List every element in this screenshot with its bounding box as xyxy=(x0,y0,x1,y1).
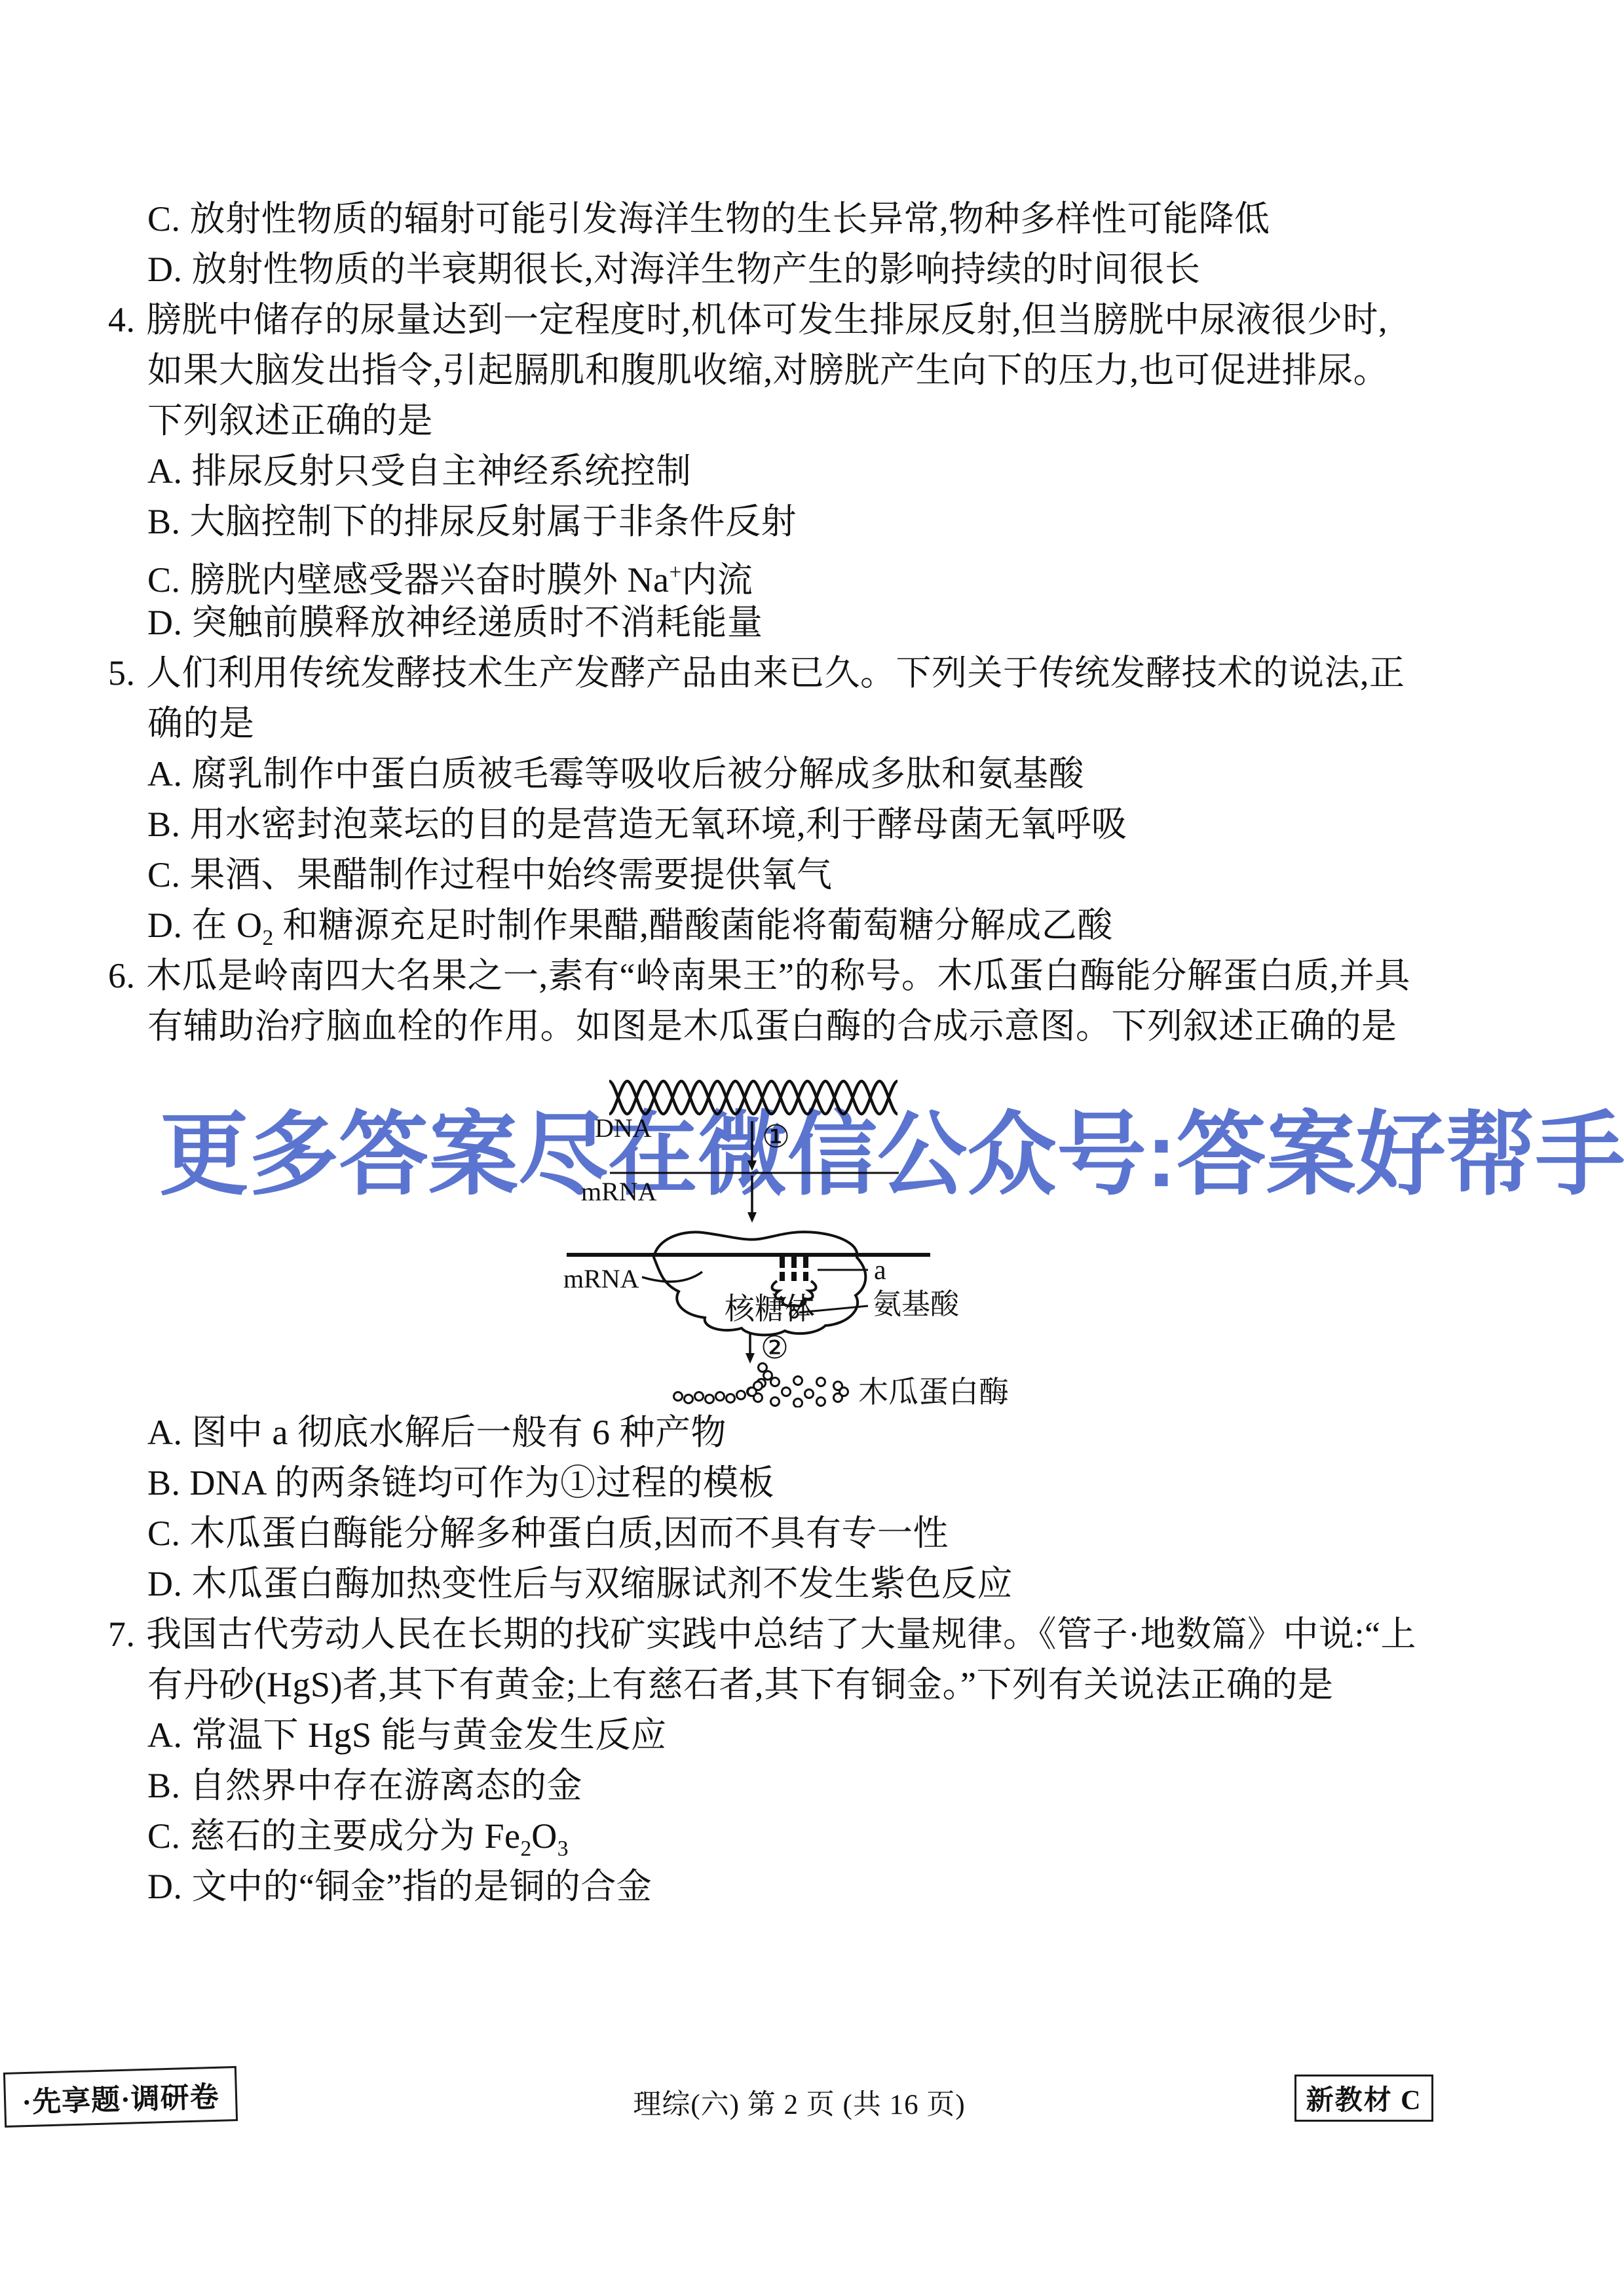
question-7-option-d: D. 文中的“铜金”指的是铜的合金 xyxy=(0,1862,1624,1912)
question-4-stem-line-3: 下列叙述正确的是 xyxy=(0,396,1624,446)
superscript-plus: + xyxy=(669,560,681,584)
question-4-stem-text: 膀胱中储存的尿量达到一定程度时,机体可发生排尿反射,但当膀胱中尿液很少时, xyxy=(146,300,1388,339)
question-5-stem-text: 人们利用传统发酵技术生产发酵产品由来已久。下列关于传统发酵技术的说法,正 xyxy=(146,653,1405,693)
protein-bead-chain xyxy=(674,1364,848,1407)
question-6-option-c: C. 木瓜蛋白酶能分解多种蛋白质,因而不具有专一性 xyxy=(0,1508,1624,1559)
question-5-option-b: B. 用水密封泡菜坛的目的是营造无氧环境,利于酵母菌无氧呼吸 xyxy=(0,799,1624,850)
question-4-option-b: B. 大脑控制下的排尿反射属于非条件反射 xyxy=(0,497,1624,547)
question-6-option-b: B. DNA 的两条链均可作为①过程的模板 xyxy=(0,1458,1624,1508)
question-6-option-d: D. 木瓜蛋白酶加热变性后与双缩脲试剂不发生紫色反应 xyxy=(0,1559,1624,1609)
question-6-stem-line-2: 有辅助治疗脑血栓的作用。如图是木瓜蛋白酶的合成示意图。下列叙述正确的是 xyxy=(0,1001,1624,1052)
question-4-number: 4. xyxy=(108,295,146,345)
question-6-stem-text: 木瓜是岭南四大名果之一,素有“岭南果王”的称号。木瓜蛋白酶能分解蛋白质,并具 xyxy=(146,956,1410,995)
step-2-marker: ② xyxy=(761,1331,789,1366)
wechat-watermark: 更多答案尽在微信公众号:答案好帮手 xyxy=(159,1109,1624,1201)
release-arrow-icon xyxy=(746,1333,755,1364)
subscript-three: 3 xyxy=(557,1837,569,1861)
mrna-label-bottom: mRNA xyxy=(563,1264,639,1293)
question-4-option-c: C. 膀胱内壁感受器兴奋时膜外 Na+内流 xyxy=(0,547,1624,598)
trna-label: a xyxy=(874,1255,886,1286)
footer-left-badge: ·先享题·调研卷 xyxy=(3,2066,238,2128)
question-6-stem-line-1: 6.木瓜是岭南四大名果之一,素有“岭南果王”的称号。木瓜蛋白酶能分解蛋白质,并具 xyxy=(0,951,1624,1001)
question-area: C. 放射性物质的辐射可能引发海洋生物的生长异常,物种多样性可能降低 D. 放射… xyxy=(0,0,1624,1912)
question-4-stem-line-2: 如果大脑发出指令,引起膈肌和腹肌收缩,对膀胱产生向下的压力,也可促进排尿。 xyxy=(0,345,1624,396)
question-4-option-d: D. 突触前膜释放神经递质时不消耗能量 xyxy=(0,598,1624,648)
question-5-stem-line-1: 5.人们利用传统发酵技术生产发酵产品由来已久。下列关于传统发酵技术的说法,正 xyxy=(0,648,1624,698)
question-5-option-a: A. 腐乳制作中蛋白质被毛霉等吸收后被分解成多肽和氨基酸 xyxy=(0,749,1624,799)
question-7-option-a: A. 常温下 HgS 能与黄金发生反应 xyxy=(0,1710,1624,1761)
question-6-option-a: A. 图中 a 彻底水解后一般有 6 种产物 xyxy=(0,1407,1624,1458)
footer-page-number: 理综(六) 第 2 页 (共 16 页) xyxy=(570,2082,1029,2122)
prev-option-d: D. 放射性物质的半衰期很长,对海洋生物产生的影响持续的时间很长 xyxy=(0,244,1624,295)
ribosome-label: 核糖体 xyxy=(725,1292,815,1326)
exam-page: C. 放射性物质的辐射可能引发海洋生物的生长异常,物种多样性可能降低 D. 放射… xyxy=(0,0,1624,2296)
question-4-option-a: A. 排尿反射只受自主神经系统控制 xyxy=(0,446,1624,497)
question-7-stem-line-1: 7.我国古代劳动人民在长期的找矿实践中总结了大量规律。《管子·地数篇》中说:“上 xyxy=(0,1609,1624,1660)
question-7-number: 7. xyxy=(108,1609,146,1660)
question-5-option-c: C. 果酒、果醋制作过程中始终需要提供氧气 xyxy=(0,850,1624,900)
prev-option-c: C. 放射性物质的辐射可能引发海洋生物的生长异常,物种多样性可能降低 xyxy=(0,194,1624,244)
question-6-number: 6. xyxy=(108,951,146,1001)
subscript-two: 2 xyxy=(263,926,274,950)
question-7-stem-line-2: 有丹砂(HgS)者,其下有黄金;上有慈石者,其下有铜金。”下列有关说法正确的是 xyxy=(0,1660,1624,1710)
question-5-option-d: D. 在 O2 和糖源充足时制作果醋,醋酸菌能将葡萄糖分解成乙酸 xyxy=(0,900,1624,951)
subscript-two: 2 xyxy=(521,1837,532,1861)
question-7-option-b: B. 自然界中存在游离态的金 xyxy=(0,1761,1624,1811)
amino-acid-label: 氨基酸 xyxy=(873,1288,960,1320)
papain-product-label: 木瓜蛋白酶 xyxy=(858,1375,1009,1407)
question-5-stem-line-2: 确的是 xyxy=(0,698,1624,749)
question-4-stem-line-1: 4.膀胱中储存的尿量达到一定程度时,机体可发生排尿反射,但当膀胱中尿液很少时, xyxy=(0,295,1624,345)
question-5-number: 5. xyxy=(108,648,146,698)
footer-edition-badge: 新教材 C xyxy=(1294,2075,1433,2122)
question-7-option-c: C. 慈石的主要成分为 Fe2O3 xyxy=(0,1811,1624,1862)
question-7-stem-text: 我国古代劳动人民在长期的找矿实践中总结了大量规律。《管子·地数篇》中说:“上 xyxy=(146,1615,1416,1654)
